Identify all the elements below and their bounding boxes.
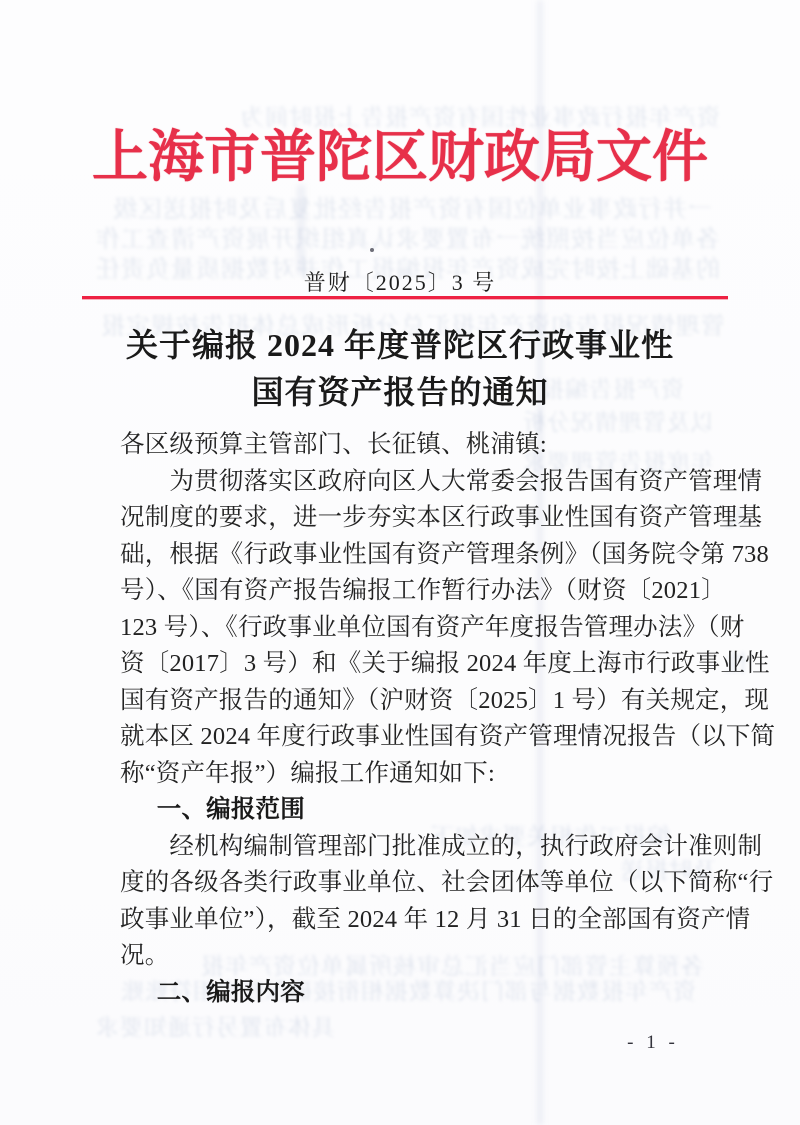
body-line: 就本区 2024 年度行政事业性国有资产管理情况报告（以下简 [120,719,710,756]
ink-speck [370,248,374,252]
agency-letterhead-title: 上海市普陀区财政局文件 [0,122,800,194]
body-line: 度的各级各类行政事业单位、社会团体等单位（以下简称“行 [120,865,710,902]
document-title: 关于编报 2024 年度普陀区行政事业性 国有资产报告的通知 [0,322,800,416]
body-line: 础，根据《行政事业性国有资产管理条例》（国务院令第 738 [120,537,710,574]
page-number: - 1 - [608,1032,698,1054]
body-line: 国有资产报告的通知》（沪财资〔2025〕1 号）有关规定，现 [120,683,710,720]
body-line: 经机构编制管理部门批准成立的，执行政府会计准则制 [120,829,710,866]
document-number: 普财〔2025〕3 号 [0,266,800,297]
body-line: 为贯彻落实区政府向区人大常委会报告国有资产管理情 [120,464,710,501]
salutation: 各区级预算主管部门、长征镇、桃浦镇: [120,427,710,464]
body-line: 称“资产年报”）编报工作通知如下: [120,756,710,793]
body-line: 况。 [120,938,710,975]
bleed-line: 各单位应当按照统一布置要求认真组织开展资产清查工作 [95,219,720,254]
bleed-line: 一并行政事业单位国有资产报告经批复后及时报送区级 [112,189,712,224]
section-heading-1: 一、编报范围 [120,792,710,829]
body-line: 况制度的要求，进一步夯实本区行政事业性国有资产管理基 [120,500,710,537]
bleed-line: 具体布置另行通知要求 [95,1009,335,1042]
document-title-line1: 关于编报 2024 年度普陀区行政事业性 [0,322,800,369]
body-line: 资〔2017〕3 号）和《关于编报 2024 年度上海市行政事业性 [120,646,710,683]
body-line: 政事业单位”），截至 2024 年 12 月 31 日的全部国有资产情 [120,902,710,939]
body-line: 号）、《国有资产报告编报工作暂行办法》（财资〔2021〕 [120,573,710,610]
red-divider-rule [82,296,728,299]
document-body: 各区级预算主管部门、长征镇、桃浦镇: 为贯彻落实区政府向区人大常委会报告国有资产… [120,427,710,1011]
document-title-line2: 国有资产报告的通知 [0,369,800,416]
scan-streak-short [297,185,305,275]
body-line: 123 号）、《行政事业单位国有资产年度报告管理办法》（财 [120,610,710,647]
scanned-document-page: 资产年报行政事业性国有资产报告上报时间为一并行政事业单位国有资产报告经批复后及时… [0,0,800,1125]
section-heading-2: 二、编报内容 [120,975,710,1012]
